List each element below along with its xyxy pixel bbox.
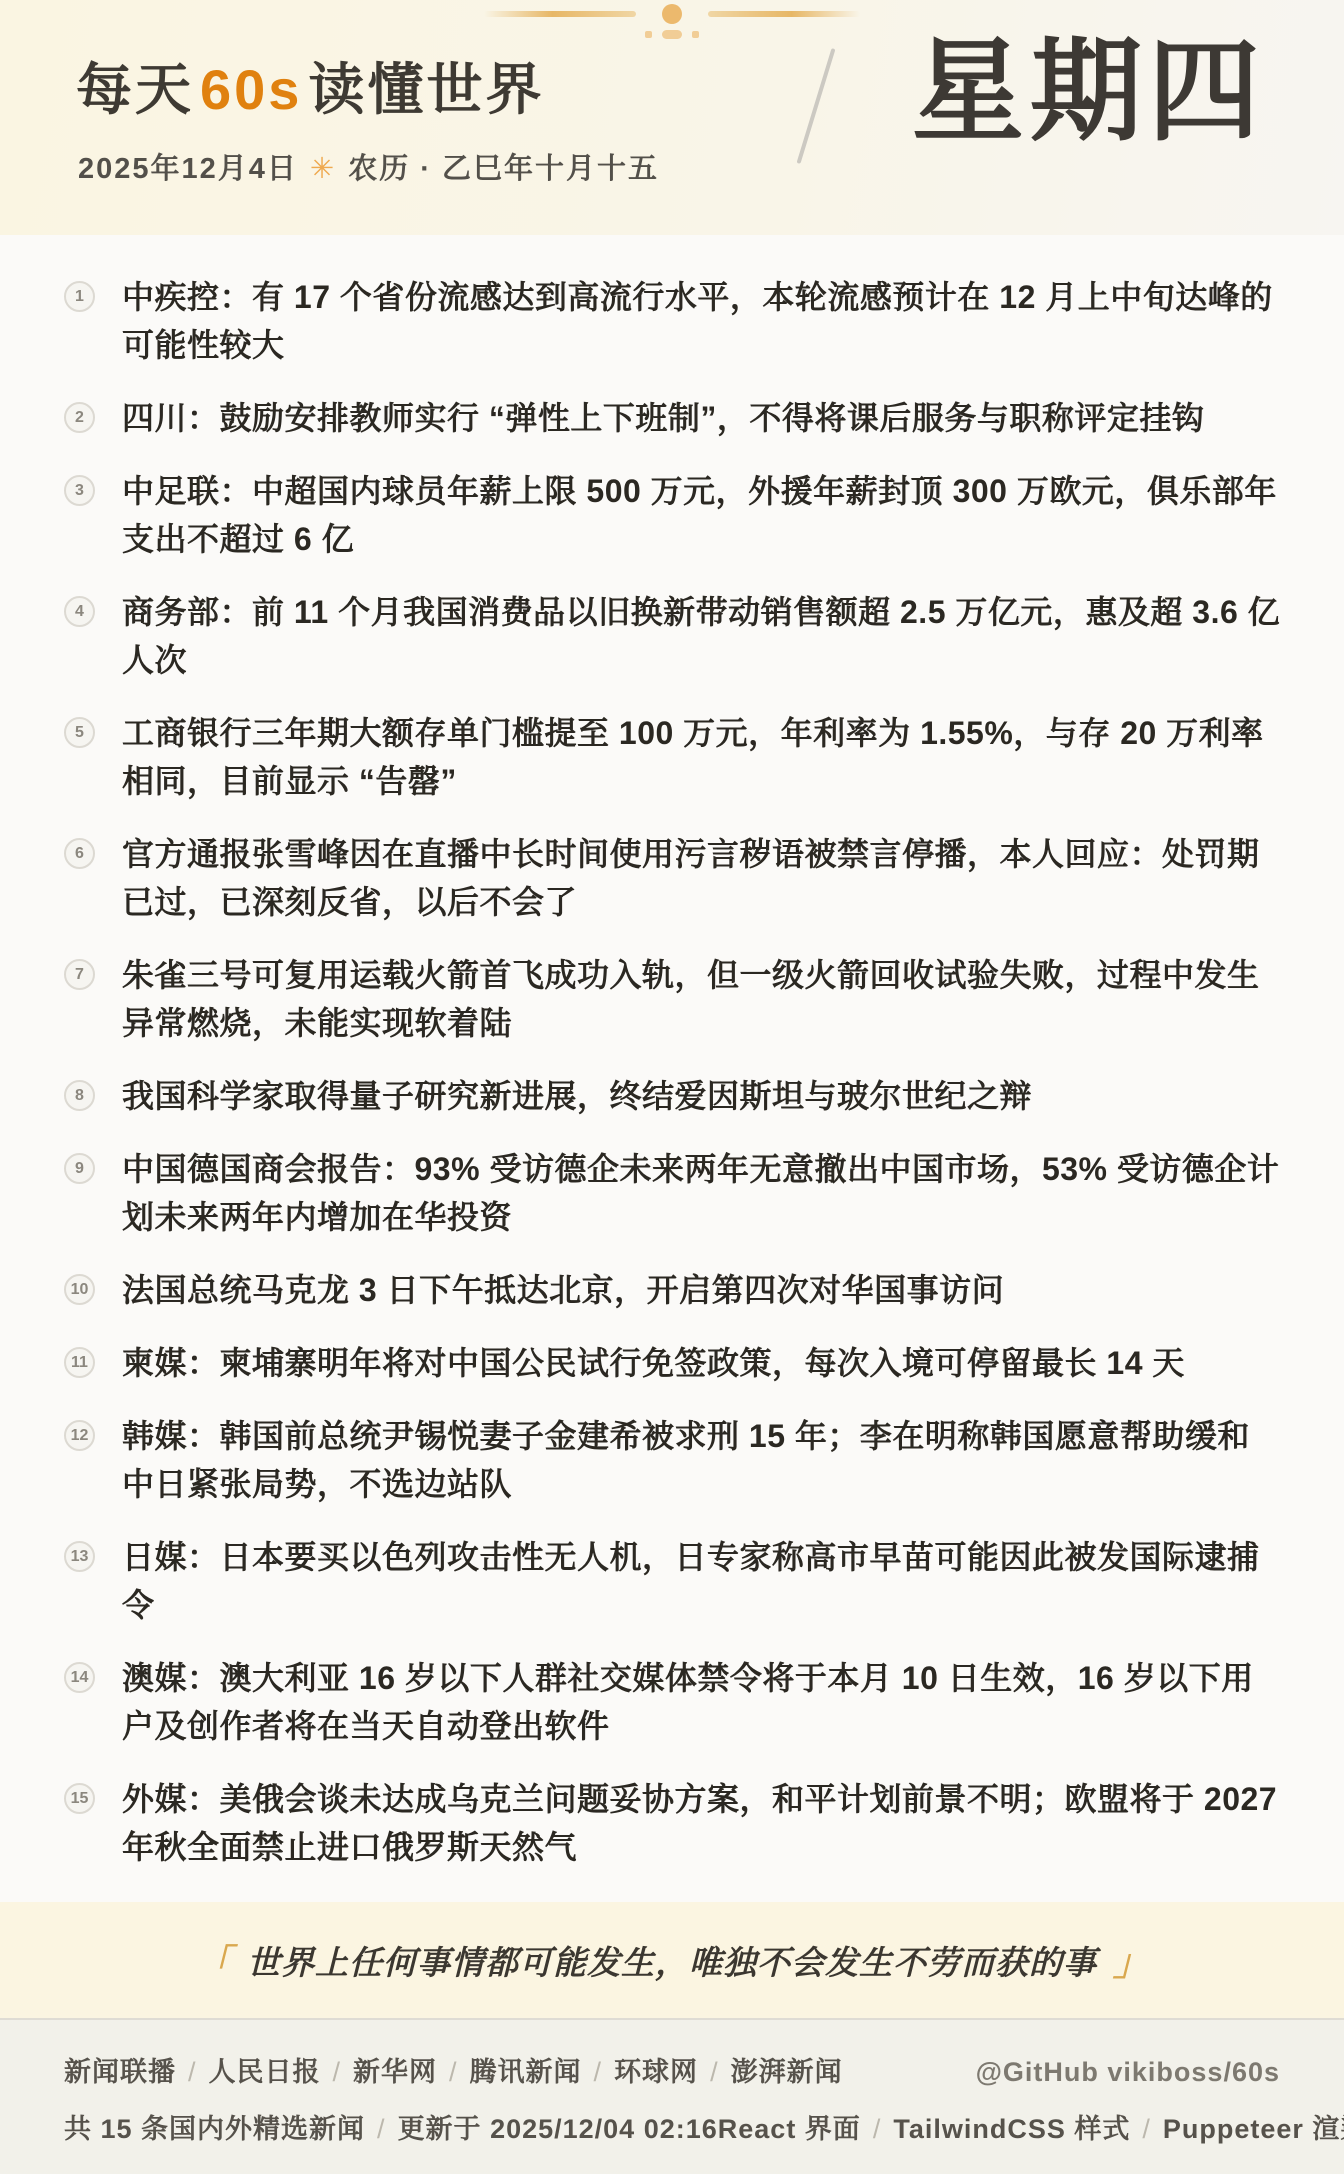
- news-list: 1 中疾控：有 17 个省份流感达到高流行水平，本轮流感预计在 12 月上中旬达…: [0, 235, 1344, 1902]
- weekday-label: 星期四: [912, 28, 1266, 157]
- item-number-badge: 8: [64, 1080, 95, 1111]
- item-number-badge: 13: [64, 1541, 95, 1572]
- slash-separator: /: [594, 2057, 603, 2087]
- footer-text-item: 更新于 2025/12/04 02:16: [398, 2114, 718, 2144]
- news-item-text: 法国总统马克龙 3 日下午抵达北京，开启第四次对华国事访问: [122, 1266, 1004, 1314]
- gregorian-date: 2025年12月4日: [78, 153, 298, 185]
- news-list-item: 3 中足联：中超国内球员年薪上限 500 万元，外援年薪封顶 300 万欧元，俱…: [64, 467, 1282, 563]
- news-item-text: 外媒：美俄会谈未达成乌克兰问题妥协方案，和平计划前景不明；欧盟将于 2027 年…: [122, 1775, 1282, 1871]
- footer: 新闻联播/人民日报/新华网/腾讯新闻/环球网/澎湃新闻 @GitHub viki…: [0, 2018, 1344, 2174]
- news-item-text: 官方通报张雪峰因在直播中长时间使用污言秽语被禁言停播，本人回应：处罚期已过，已深…: [122, 830, 1282, 926]
- item-number-badge: 7: [64, 959, 95, 990]
- quote-open-bracket: 「: [195, 1935, 231, 1986]
- slash-separator: /: [449, 2057, 458, 2087]
- news-item-text: 工商银行三年期大额存单门槛提至 100 万元，年利率为 1.55%，与存 20 …: [122, 709, 1282, 805]
- news-list-item: 15 外媒：美俄会谈未达成乌克兰问题妥协方案，和平计划前景不明；欧盟将于 202…: [64, 1775, 1282, 1871]
- news-list-item: 7 朱雀三号可复用运载火箭首飞成功入轨，但一级火箭回收试验失败，过程中发生异常燃…: [64, 951, 1282, 1047]
- ornament-dot-icon: [692, 31, 699, 38]
- news-item-text: 朱雀三号可复用运载火箭首飞成功入轨，但一级火箭回收试验失败，过程中发生异常燃烧，…: [122, 951, 1282, 1047]
- news-list-item: 13 日媒：日本要买以色列攻击性无人机，日专家称高市早苗可能因此被发国际逮捕令: [64, 1533, 1282, 1629]
- footer-text-item: 环球网: [614, 2057, 698, 2087]
- footer-meta-left: 共 15 条国内外精选新闻/更新于 2025/12/04 02:16: [64, 2107, 718, 2146]
- news-list-item: 2 四川：鼓励安排教师实行 “弹性上下班制”，不得将课后服务与职称评定挂钩: [64, 394, 1282, 442]
- ornament-dots-icon: [645, 30, 699, 39]
- news-list-item: 6 官方通报张雪峰因在直播中长时间使用污言秽语被禁言停播，本人回应：处罚期已过，…: [64, 830, 1282, 926]
- daily-news-card: 每天60s读懂世界 2025年12月4日✳农历 · 乙巳年十月十五 星期四 1 …: [0, 0, 1344, 2174]
- quote-close-bracket: 」: [1113, 1935, 1149, 1986]
- quote-text: 世界上任何事情都可能发生，唯独不会发生不劳而获的事: [247, 1937, 1097, 1984]
- item-number-badge: 11: [64, 1347, 95, 1378]
- news-item-text: 柬媒：柬埔寨明年将对中国公民试行免签政策，每次入境可停留最长 14 天: [122, 1339, 1185, 1387]
- news-list-item: 14 澳媒：澳大利亚 16 岁以下人群社交媒体禁令将于本月 10 日生效，16 …: [64, 1654, 1282, 1750]
- header: 每天60s读懂世界 2025年12月4日✳农历 · 乙巳年十月十五 星期四: [0, 0, 1344, 235]
- news-item-text: 四川：鼓励安排教师实行 “弹性上下班制”，不得将课后服务与职称评定挂钩: [122, 394, 1204, 442]
- github-handle: @GitHub vikiboss/60s: [976, 2057, 1280, 2088]
- date-line: 2025年12月4日✳农历 · 乙巳年十月十五: [78, 146, 659, 187]
- item-number-badge: 9: [64, 1153, 95, 1184]
- footer-text-item: 新闻联播: [64, 2057, 176, 2087]
- slash-separator: /: [873, 2114, 882, 2144]
- footer-text-item: Puppeteer 渲染: [1163, 2114, 1344, 2144]
- news-list-item: 4 商务部：前 11 个月我国消费品以旧换新带动销售额超 2.5 万亿元，惠及超…: [64, 588, 1282, 684]
- item-number-badge: 2: [64, 402, 95, 433]
- news-item-text: 中国德国商会报告：93% 受访德企未来两年无意撤出中国市场，53% 受访德企计划…: [122, 1145, 1282, 1241]
- footer-row-sources: 新闻联播/人民日报/新华网/腾讯新闻/环球网/澎湃新闻 @GitHub viki…: [64, 2050, 1280, 2089]
- news-list-item: 9 中国德国商会报告：93% 受访德企未来两年无意撤出中国市场，53% 受访德企…: [64, 1145, 1282, 1241]
- news-list-item: 1 中疾控：有 17 个省份流感达到高流行水平，本轮流感预计在 12 月上中旬达…: [64, 273, 1282, 369]
- news-item-text: 中疾控：有 17 个省份流感达到高流行水平，本轮流感预计在 12 月上中旬达峰的…: [122, 273, 1282, 369]
- page-title: 每天60s读懂世界: [76, 46, 544, 126]
- footer-text-item: 共 15 条国内外精选新闻: [64, 2114, 365, 2144]
- news-list-item: 5 工商银行三年期大额存单门槛提至 100 万元，年利率为 1.55%，与存 2…: [64, 709, 1282, 805]
- slash-separator: /: [1142, 2114, 1151, 2144]
- news-item-text: 韩媒：韩国前总统尹锡悦妻子金建希被求刑 15 年；李在明称韩国愿意帮助缓和中日紧…: [122, 1412, 1282, 1508]
- item-number-badge: 5: [64, 717, 95, 748]
- header-ornament: [484, 4, 860, 24]
- footer-meta-right: React 界面/TailwindCSS 样式/Puppeteer 渲染/抖音美…: [718, 2107, 1344, 2146]
- item-number-badge: 10: [64, 1274, 95, 1305]
- item-number-badge: 15: [64, 1783, 95, 1814]
- ornament-pill-icon: [662, 30, 682, 39]
- footer-text-item: 人民日报: [209, 2057, 321, 2087]
- slash-separator: /: [710, 2057, 719, 2087]
- quote-section: 「 世界上任何事情都可能发生，唯独不会发生不劳而获的事 」: [0, 1902, 1344, 2018]
- footer-text-item: 澎湃新闻: [731, 2057, 843, 2087]
- slash-separator: /: [333, 2057, 342, 2087]
- footer-text-item: 新华网: [353, 2057, 437, 2087]
- page-title-prefix: 每天: [76, 58, 194, 121]
- footer-text-item: React 界面: [718, 2114, 861, 2144]
- news-item-text: 商务部：前 11 个月我国消费品以旧换新带动销售额超 2.5 万亿元，惠及超 3…: [122, 588, 1282, 684]
- ornament-circle-icon: [662, 4, 682, 24]
- news-item-text: 中足联：中超国内球员年薪上限 500 万元，外援年薪封顶 300 万欧元，俱乐部…: [122, 467, 1282, 563]
- news-list-item: 12 韩媒：韩国前总统尹锡悦妻子金建希被求刑 15 年；李在明称韩国愿意帮助缓和…: [64, 1412, 1282, 1508]
- news-list-item: 11 柬媒：柬埔寨明年将对中国公民试行免签政策，每次入境可停留最长 14 天: [64, 1339, 1282, 1387]
- header-divider-slash: [797, 48, 836, 164]
- news-item-text: 我国科学家取得量子研究新进展，终结爱因斯坦与玻尔世纪之辩: [122, 1072, 1032, 1120]
- item-number-badge: 12: [64, 1420, 95, 1451]
- news-sources: 新闻联播/人民日报/新华网/腾讯新闻/环球网/澎湃新闻: [64, 2050, 843, 2089]
- news-list-item: 8 我国科学家取得量子研究新进展，终结爱因斯坦与玻尔世纪之辩: [64, 1072, 1282, 1120]
- slash-separator: /: [377, 2114, 386, 2144]
- news-list-item: 10 法国总统马克龙 3 日下午抵达北京，开启第四次对华国事访问: [64, 1266, 1282, 1314]
- footer-text-item: TailwindCSS 样式: [893, 2114, 1130, 2144]
- lunar-date: 农历 · 乙巳年十月十五: [348, 153, 659, 185]
- asterisk-icon: ✳: [310, 153, 336, 185]
- item-number-badge: 1: [64, 281, 95, 312]
- item-number-badge: 3: [64, 475, 95, 506]
- news-item-text: 日媒：日本要买以色列攻击性无人机，日专家称高市早苗可能因此被发国际逮捕令: [122, 1533, 1282, 1629]
- news-item-text: 澳媒：澳大利亚 16 岁以下人群社交媒体禁令将于本月 10 日生效，16 岁以下…: [122, 1654, 1282, 1750]
- footer-row-meta: 共 15 条国内外精选新闻/更新于 2025/12/04 02:16 React…: [64, 2107, 1280, 2146]
- slash-separator: /: [188, 2057, 197, 2087]
- item-number-badge: 4: [64, 596, 95, 627]
- page-title-accent-60s: 60s: [200, 58, 302, 121]
- page-title-suffix: 读懂世界: [308, 58, 544, 121]
- ornament-line-left-icon: [484, 11, 636, 17]
- ornament-dot-icon: [645, 31, 652, 38]
- item-number-badge: 14: [64, 1662, 95, 1693]
- footer-text-item: 腾讯新闻: [470, 2057, 582, 2087]
- ornament-line-right-icon: [708, 11, 860, 17]
- item-number-badge: 6: [64, 838, 95, 869]
